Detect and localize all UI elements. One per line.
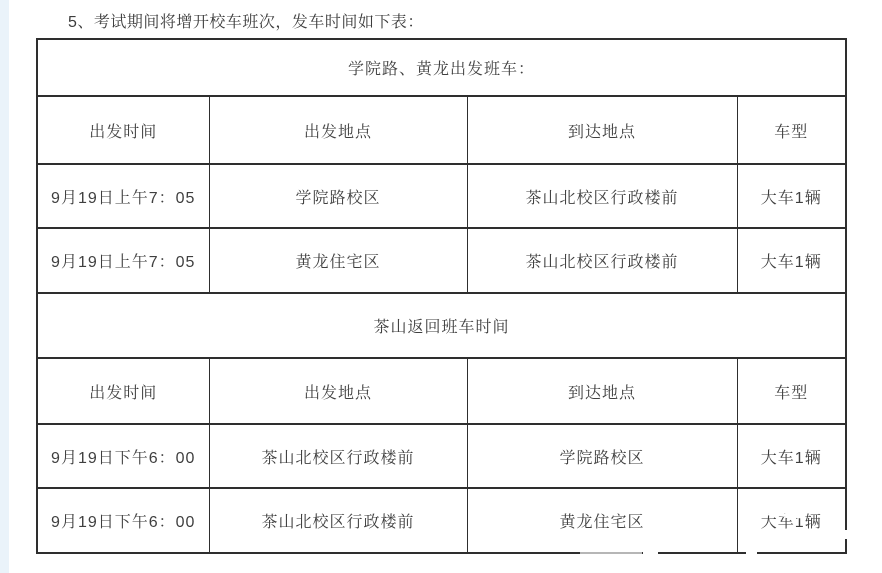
section-title-row: 学院路、黄龙出发班车：	[37, 39, 846, 96]
watermark-artifact	[746, 546, 757, 558]
section-title-row: 茶山返回班车时间	[37, 293, 846, 358]
cell-vehicle-type: 大车1辆	[737, 424, 846, 488]
watermark-artifact	[728, 502, 732, 511]
page-left-margin-strip	[0, 0, 9, 573]
cell-departure-place: 学院路校区	[209, 164, 467, 228]
header-row: 出发时间 出发地点 到达地点 车型	[37, 96, 846, 164]
document-page: 5、考试期间将增开校车班次，发车时间如下表： 学院路、黄龙出发班车： 出发时间 …	[0, 0, 882, 573]
cell-arrival-place: 茶山北校区行政楼前	[467, 164, 737, 228]
cell-departure-place: 茶山北校区行政楼前	[209, 424, 467, 488]
header-departure-place: 出发地点	[209, 96, 467, 164]
table-row: 9月19日下午6：00 茶山北校区行政楼前 黄龙住宅区 大车1辆	[37, 488, 846, 553]
cell-departure-time: 9月19日下午6：00	[37, 488, 209, 553]
header-departure-place: 出发地点	[209, 358, 467, 424]
table-row: 9月19日下午6：00 茶山北校区行政楼前 学院路校区 大车1辆	[37, 424, 846, 488]
watermark-artifact	[580, 548, 642, 558]
watermark-artifact	[843, 530, 848, 539]
header-vehicle-type: 车型	[737, 358, 846, 424]
header-departure-time: 出发时间	[37, 96, 209, 164]
header-arrival-place: 到达地点	[467, 96, 737, 164]
cell-departure-time: 9月19日上午7：05	[37, 228, 209, 293]
header-row: 出发时间 出发地点 到达地点 车型	[37, 358, 846, 424]
document-title: 5、考试期间将增开校车班次，发车时间如下表：	[68, 9, 424, 32]
section2-title: 茶山返回班车时间	[37, 293, 846, 358]
bus-schedule-table: 学院路、黄龙出发班车： 出发时间 出发地点 到达地点 车型 9月19日上午7：0…	[36, 38, 847, 554]
cell-vehicle-type: 大车1辆	[737, 488, 846, 553]
watermark-artifact	[643, 546, 658, 558]
header-arrival-place: 到达地点	[467, 358, 737, 424]
cell-departure-place: 茶山北校区行政楼前	[209, 488, 467, 553]
table-row: 9月19日上午7：05 学院路校区 茶山北校区行政楼前 大车1辆	[37, 164, 846, 228]
table-row: 9月19日上午7：05 黄龙住宅区 茶山北校区行政楼前 大车1辆	[37, 228, 846, 293]
header-departure-time: 出发时间	[37, 358, 209, 424]
cell-arrival-place: 黄龙住宅区	[467, 488, 737, 553]
cell-arrival-place: 茶山北校区行政楼前	[467, 228, 737, 293]
cell-arrival-place: 学院路校区	[467, 424, 737, 488]
cell-departure-time: 9月19日下午6：00	[37, 424, 209, 488]
cell-departure-place: 黄龙住宅区	[209, 228, 467, 293]
watermark-artifact	[728, 518, 732, 525]
cell-departure-time: 9月19日上午7：05	[37, 164, 209, 228]
section1-title: 学院路、黄龙出发班车：	[37, 39, 846, 96]
cell-vehicle-type: 大车1辆	[737, 228, 846, 293]
header-vehicle-type: 车型	[737, 96, 846, 164]
cell-vehicle-type: 大车1辆	[737, 164, 846, 228]
